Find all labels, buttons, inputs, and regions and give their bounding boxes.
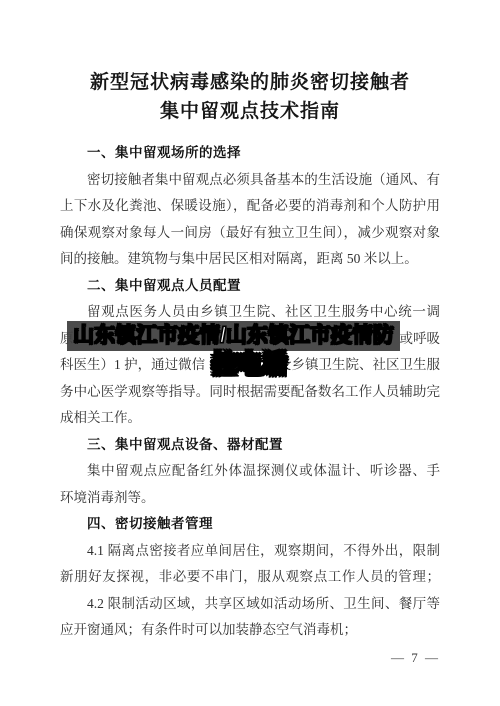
page-number: — 7 — bbox=[60, 649, 440, 667]
doc-line: 新朋好友探视，非必要不串门，服从观察点工作人员的管理； bbox=[60, 564, 440, 591]
watermark-text-line-1: 山东镇江市疫情/山东镇江市疫情防 bbox=[62, 320, 405, 352]
doc-title: 新型冠状病毒感染的肺炎密切接触者 集中留观点技术指南 bbox=[0, 0, 500, 126]
doc-line: 成相关工作。 bbox=[60, 405, 440, 432]
doc-line: 间的接触。建筑物与集中居民区相对隔离，距离 50 米以上。 bbox=[60, 246, 440, 273]
scanned-document-page: 新型冠状病毒感染的肺炎密切接触者 集中留观点技术指南 一、集中留观场所的选择 密… bbox=[0, 0, 500, 706]
section-4-heading: 四、密切接触者管理 bbox=[60, 511, 440, 538]
doc-line: 上下水及化粪池、保暖设施），配备必要的消毒剂和个人防护用品。 bbox=[60, 193, 440, 220]
section-2-heading: 二、集中留观点人员配置 bbox=[60, 273, 440, 300]
doc-line: 确保观察对象每人一间房（最好有独立卫生间），减少观察对象之 bbox=[60, 220, 440, 247]
doc-title-line-2: 集中留观点技术指南 bbox=[0, 97, 500, 126]
doc-line: 4.1 隔离点密接者应单间居住，观察期间，不得外出，限制 bbox=[60, 538, 440, 565]
watermark-text-line-2: 控电话 bbox=[0, 349, 500, 381]
doc-line: 应开窗通风；有条件时可以加装静态空气消毒机； bbox=[60, 617, 440, 644]
section-1-heading: 一、集中留观场所的选择 bbox=[60, 140, 440, 167]
doc-line: 务中心医学观察等指导。同时根据需要配备数名工作人员辅助完 bbox=[60, 379, 440, 406]
doc-title-line-1: 新型冠状病毒感染的肺炎密切接触者 bbox=[0, 68, 500, 97]
doc-body: 一、集中留观场所的选择 密切接触者集中留观点必须具备基本的生活设施（通风、有 上… bbox=[60, 140, 440, 667]
doc-line: 4.2 限制活动区域，共享区域如活动场所、卫生间、餐厅等 bbox=[60, 591, 440, 618]
section-3-heading: 三、集中留观点设备、器材配置 bbox=[60, 432, 440, 459]
doc-line: 密切接触者集中留观点必须具备基本的生活设施（通风、有 bbox=[60, 167, 440, 194]
doc-line: 集中留观点应配备红外体温探测仪或体温计、听诊器、手消、 bbox=[60, 458, 440, 485]
doc-line: 环境消毒剂等。 bbox=[60, 485, 440, 512]
